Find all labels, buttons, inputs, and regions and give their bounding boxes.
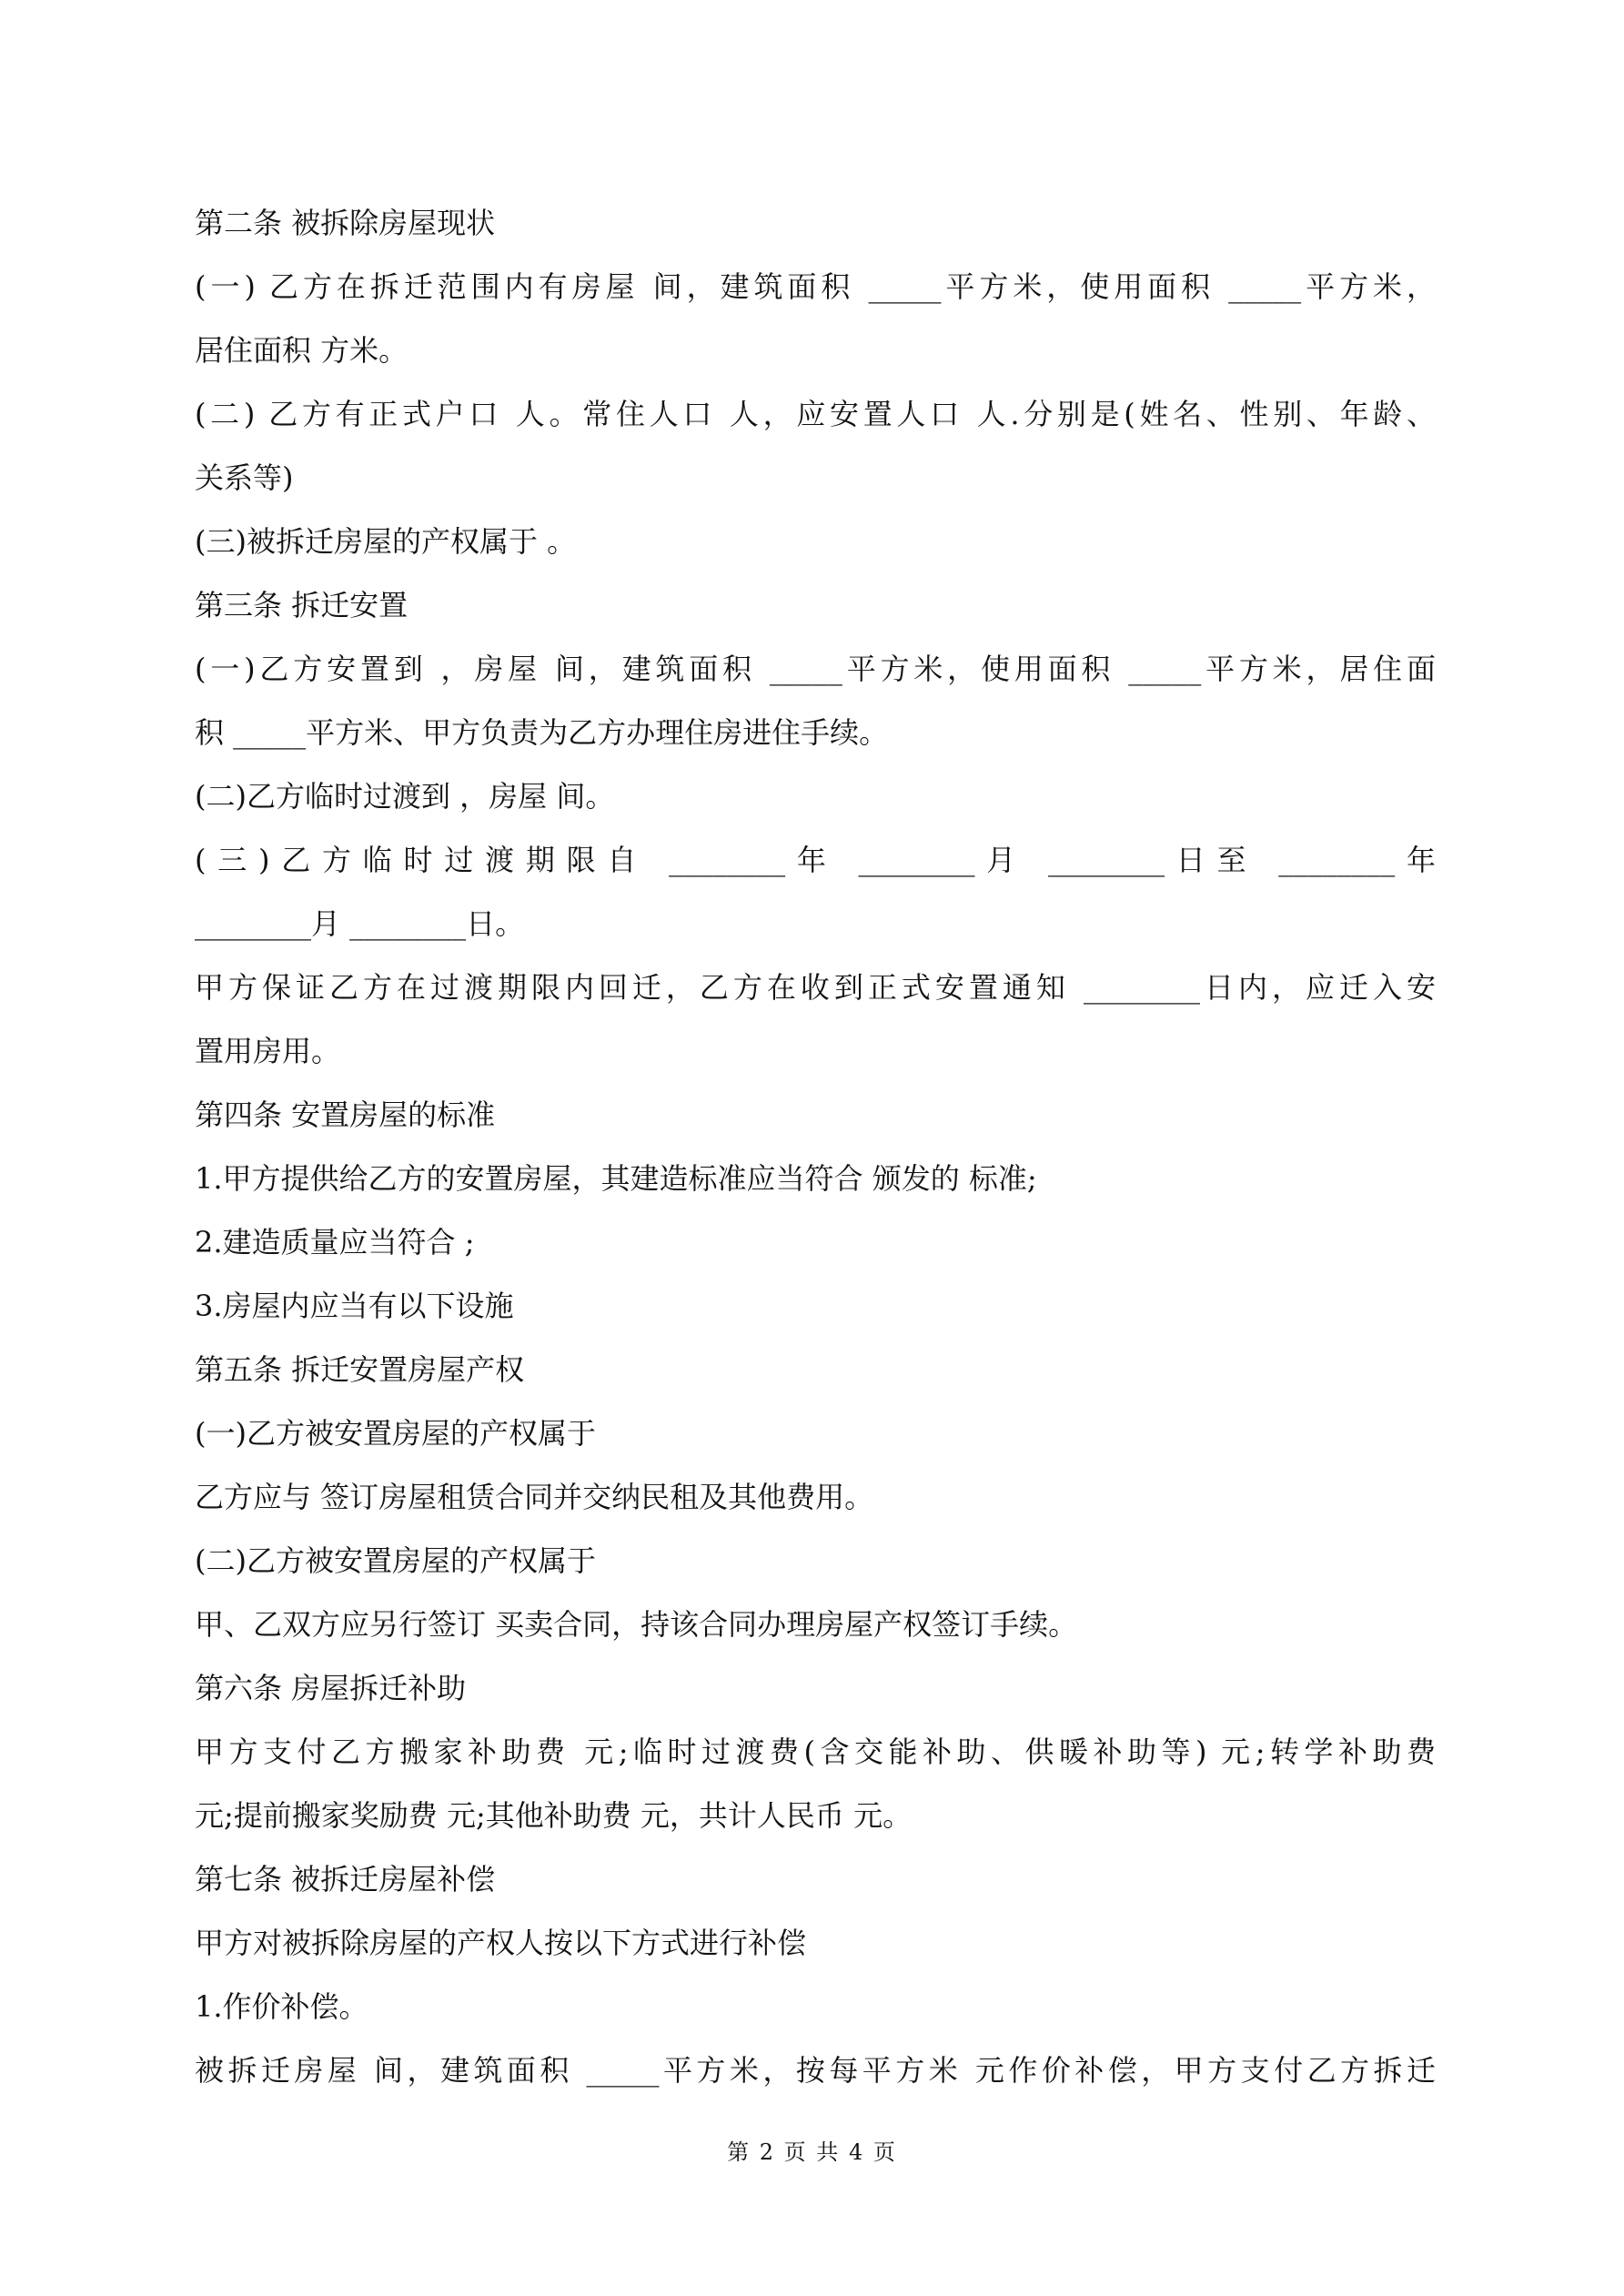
document-line: 置用房用。 — [195, 1033, 340, 1069]
document-line: (三)乙方临时过渡期限自 ________年 ________月 _______… — [195, 842, 1436, 878]
document-line: (二)乙方临时过渡到 ，房屋 间。 — [195, 778, 614, 814]
document-line: (三)被拆迁房屋的产权属于 。 — [195, 523, 576, 560]
document-line: ________月 ________日。 — [195, 905, 524, 942]
document-line: (二) 乙方有正式户口 人。常住人口 人，应安置人口 人.分别是(姓名、性别、年… — [195, 396, 1436, 432]
document-line: 积 _____平方米、甲方负责为乙方办理住房进住手续。 — [195, 714, 888, 751]
document-line: 甲方对被拆除房屋的产权人按以下方式进行补偿 — [195, 1925, 806, 1961]
document-line: 1.甲方提供给乙方的安置房屋，其建造标准应当符合 颁发的 标准; — [195, 1160, 1037, 1197]
document-line: 第七条 被拆迁房屋补偿 — [195, 1861, 495, 1897]
document-line: 乙方应与 签订房屋租赁合同并交纳民租及其他费用。 — [195, 1479, 873, 1515]
document-line: 第四条 安置房屋的标准 — [195, 1097, 495, 1133]
document-line: 甲、乙双方应另行签订 买卖合同，持该合同办理房屋产权签订手续。 — [195, 1606, 1077, 1643]
document-line: 2.建造质量应当符合 ; — [195, 1224, 475, 1260]
document-line: 被拆迁房屋 间，建筑面积 _____平方米，按每平方米 元作价补偿，甲方支付乙方… — [195, 2052, 1436, 2089]
document-line: 第二条 被拆除房屋现状 — [195, 205, 495, 241]
document-line: (一) 乙方在拆迁范围内有房屋 间，建筑面积 _____平方米，使用面积 ___… — [195, 268, 1436, 305]
document-line: 第三条 拆迁安置 — [195, 587, 408, 623]
document-line: (二)乙方被安置房屋的产权属于 — [195, 1542, 596, 1579]
document-line: 居住面积 方米。 — [195, 332, 408, 369]
document-line: 甲方支付乙方搬家补助费 元;临时过渡费(含交能补助、供暖补助等) 元;转学补助费 — [195, 1734, 1436, 1770]
document-line: 第五条 拆迁安置房屋产权 — [195, 1351, 524, 1388]
document-line: (一)乙方被安置房屋的产权属于 — [195, 1415, 596, 1451]
document-line: 元;提前搬家奖励费 元;其他补助费 元，共计人民币 元。 — [195, 1797, 912, 1834]
document-line: (一)乙方安置到 ，房屋 间，建筑面积 _____平方米，使用面积 _____平… — [195, 651, 1436, 687]
document-line: 3.房屋内应当有以下设施 — [195, 1288, 514, 1324]
page-number-footer: 第 2 页 共 4 页 — [0, 2134, 1624, 2166]
document-line: 关系等) — [195, 460, 294, 496]
document-line: 第六条 房屋拆迁补助 — [195, 1670, 466, 1706]
document-line: 甲方保证乙方在过渡期限内回迁，乙方在收到正式安置通知 ________日内，应迁… — [195, 969, 1436, 1006]
document-line: 1.作价补偿。 — [195, 1988, 368, 2025]
